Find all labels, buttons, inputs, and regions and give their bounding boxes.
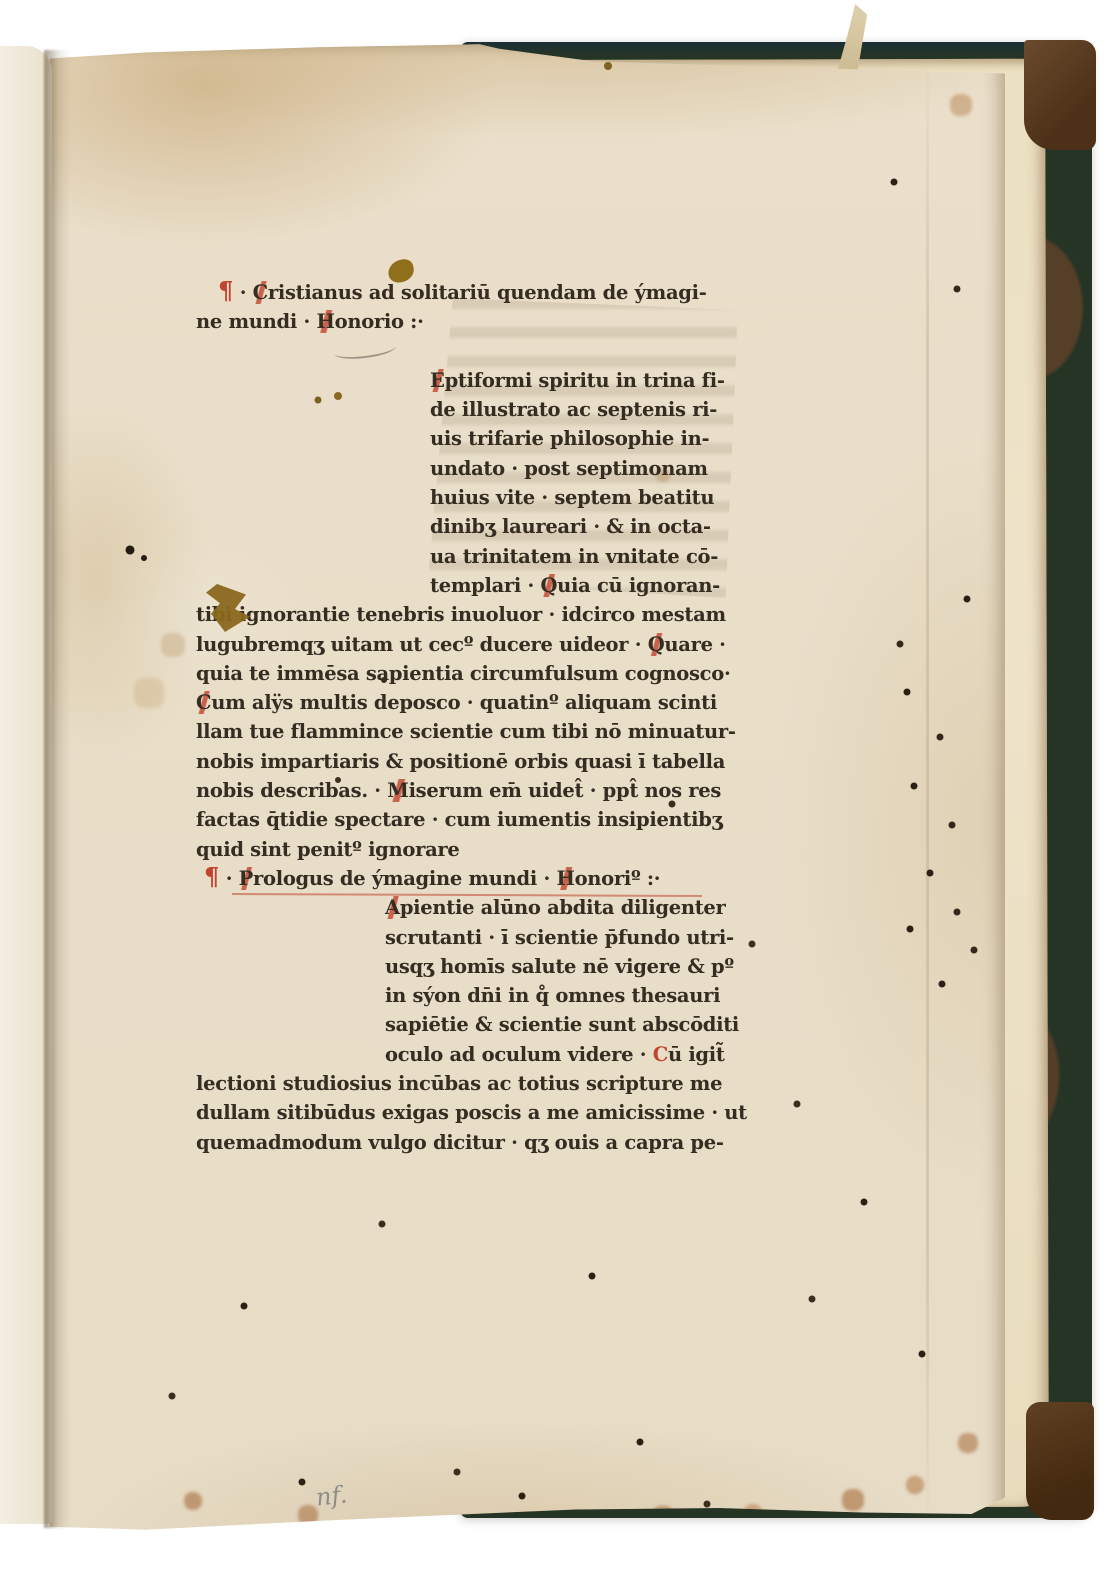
pencil-note: nf.	[315, 1480, 349, 1511]
text-line: oculo ad oculum videre · Cū igit̃	[196, 1040, 736, 1069]
text-segment: scrutanti · ī scientie p̄fundo utri-	[385, 926, 734, 949]
text-line: scrutanti · ī scientie p̄fundo utri-	[196, 923, 736, 952]
leather-corner-top-right	[1024, 40, 1096, 150]
text-line: dinibʒ laureari · & in octa-	[196, 512, 736, 541]
text-line: factas q̄tidie spectare · cum iumentis i…	[196, 805, 736, 834]
text-line	[196, 337, 736, 366]
text-line: templari · Quia cū ignoran-	[196, 571, 736, 600]
text-segment: quia te immēsa sapientia circumfulsum co…	[196, 662, 730, 685]
leather-corner-bottom-right	[1026, 1402, 1094, 1520]
text-line: quia te immēsa sapientia circumfulsum co…	[196, 659, 736, 688]
text-line: nobis describas. · Miserum em̄ uidet̂ · …	[196, 776, 736, 805]
text-segment: ·	[219, 867, 238, 890]
text-segment: dullam sitibūdus exigas poscis a me amic…	[196, 1101, 747, 1124]
text-line: quemadmodum vulgo dicitur · qʒ ouis a ca…	[196, 1128, 736, 1157]
text-segment: uare ·	[664, 633, 725, 656]
text-segment: rologus de ýmagine mundi ·	[253, 867, 556, 890]
text-segment: onoriº :·	[575, 867, 661, 890]
text-segment: ptiformi spiritu in trina fi-	[445, 369, 725, 392]
gutter-shadow	[44, 50, 70, 1528]
text-segment: pientie alūno abdita diligenter	[400, 896, 726, 919]
text-segment: E	[430, 369, 445, 392]
text-line: sapiētie & scientie sunt abscōditi	[196, 1010, 736, 1039]
text-segment: onorio :·	[335, 310, 424, 333]
text-segment: P	[239, 867, 253, 890]
text-line: llam tue flammince scientie cum tibi nō …	[196, 717, 736, 746]
text-line: ua trinitatem in vnitate cō-	[196, 542, 736, 571]
text-line: lectioni studiosius incūbas ac totius sc…	[196, 1069, 736, 1098]
text-segment: M	[387, 779, 408, 802]
text-segment: uia cū ignoran-	[557, 574, 720, 597]
text-line: Apientie alūno abdita diligenter	[196, 893, 736, 922]
text-line: nobis impartiaris & positionē orbis quas…	[196, 747, 736, 776]
text-line: tibi ignorantie tenebris inuoluor · idci…	[196, 600, 736, 629]
text-segment: Q	[648, 633, 665, 656]
text-segment: undato · post septimonam	[430, 457, 708, 480]
text-segment: C	[653, 1043, 668, 1066]
text-line: quid sint penitº ignorare	[196, 835, 736, 864]
text-segment: oculo ad oculum videre ·	[385, 1043, 653, 1066]
text-line: Cum alÿs multis deposco · quatinº aliqua…	[196, 688, 736, 717]
text-line: ¶ · Prologus de ýmagine mundi · Honoriº …	[196, 864, 736, 893]
text-segment: dinibʒ laureari · & in octa-	[430, 515, 711, 538]
text-segment: quid sint penitº ignorare	[196, 838, 460, 861]
text-segment: um alÿs multis deposco · quatinº aliquam…	[211, 691, 717, 714]
text-segment: lugubremqʒ uitam ut cecº ducere uideor ·	[196, 633, 648, 656]
text-line: uis trifarie philosophie in-	[196, 424, 736, 453]
text-segment: A	[385, 896, 400, 919]
text-line: in sýon dn̄i in q̊ omnes thesauri	[196, 981, 736, 1010]
text-segment: ū igit̃	[668, 1043, 725, 1066]
worm-hole-specks	[50, 42, 54, 46]
text-segment: huius vite · septem beatitu	[430, 486, 714, 509]
text-line: Eptiformi spiritu in trina fi-	[196, 366, 736, 395]
text-line: ne mundi · Honorio :·	[196, 307, 736, 336]
text-segment: C	[196, 691, 211, 714]
text-line: usqʒ homīs salute nē vigere & pº	[196, 952, 736, 981]
text-line: ¶ · Cristianus ad solitariū quendam de ý…	[196, 278, 736, 307]
text-line: dullam sitibūdus exigas poscis a me amic…	[196, 1098, 736, 1127]
text-segment: ·	[233, 281, 252, 304]
foxing-stains	[50, 42, 56, 48]
text-segment: templari ·	[430, 574, 540, 597]
text-segment: ua trinitatem in vnitate cō-	[430, 545, 718, 568]
pilcrow-mark: ¶	[218, 276, 233, 305]
text-line: de illustrato ac septenis ri-	[196, 395, 736, 424]
text-segment: ne mundi ·	[196, 310, 316, 333]
text-segment: in sýon dn̄i in q̊ omnes thesauri	[385, 984, 720, 1007]
text-segment: de illustrato ac septenis ri-	[430, 398, 717, 421]
text-segment: H	[556, 867, 574, 890]
text-segment: llam tue flammince scientie cum tibi nō …	[196, 720, 736, 743]
text-line: huius vite · septem beatitu	[196, 483, 736, 512]
text-segment: quemadmodum vulgo dicitur · qʒ ouis a ca…	[196, 1131, 724, 1154]
text-segment: nobis impartiaris & positionē orbis quas…	[196, 750, 725, 773]
text-segment: sapiētie & scientie sunt abscōditi	[385, 1013, 739, 1036]
text-segment: ristianus ad solitariū quendam de ýmagi-	[268, 281, 707, 304]
text-line: lugubremqʒ uitam ut cecº ducere uideor ·…	[196, 630, 736, 659]
text-block: ¶ · Cristianus ad solitariū quendam de ý…	[196, 278, 736, 1157]
text-segment: factas q̄tidie spectare · cum iumentis i…	[196, 808, 722, 831]
text-segment: usqʒ homīs salute nē vigere & pº	[385, 955, 734, 978]
text-segment: H	[316, 310, 334, 333]
incunable-page: ¶ · Cristianus ad solitariū quendam de ý…	[50, 42, 1005, 1544]
text-segment: C	[253, 281, 268, 304]
text-segment: Q	[540, 574, 557, 597]
pilcrow-mark: ¶	[204, 862, 219, 891]
text-segment: iserum em̄ uidet̂ · ppt̂ nos res	[409, 779, 721, 802]
text-segment: nobis describas. ·	[196, 779, 387, 802]
page-crease	[926, 42, 929, 1544]
text-segment: lectioni studiosius incūbas ac totius sc…	[196, 1072, 722, 1095]
text-segment: uis trifarie philosophie in-	[430, 427, 709, 450]
photo-of-incunable-page: { "page_text": { "ink_color": "#352d22",…	[0, 0, 1107, 1575]
text-segment: tibi ignorantie tenebris inuoluor · idci…	[196, 603, 726, 626]
text-line: undato · post septimonam	[196, 454, 736, 483]
